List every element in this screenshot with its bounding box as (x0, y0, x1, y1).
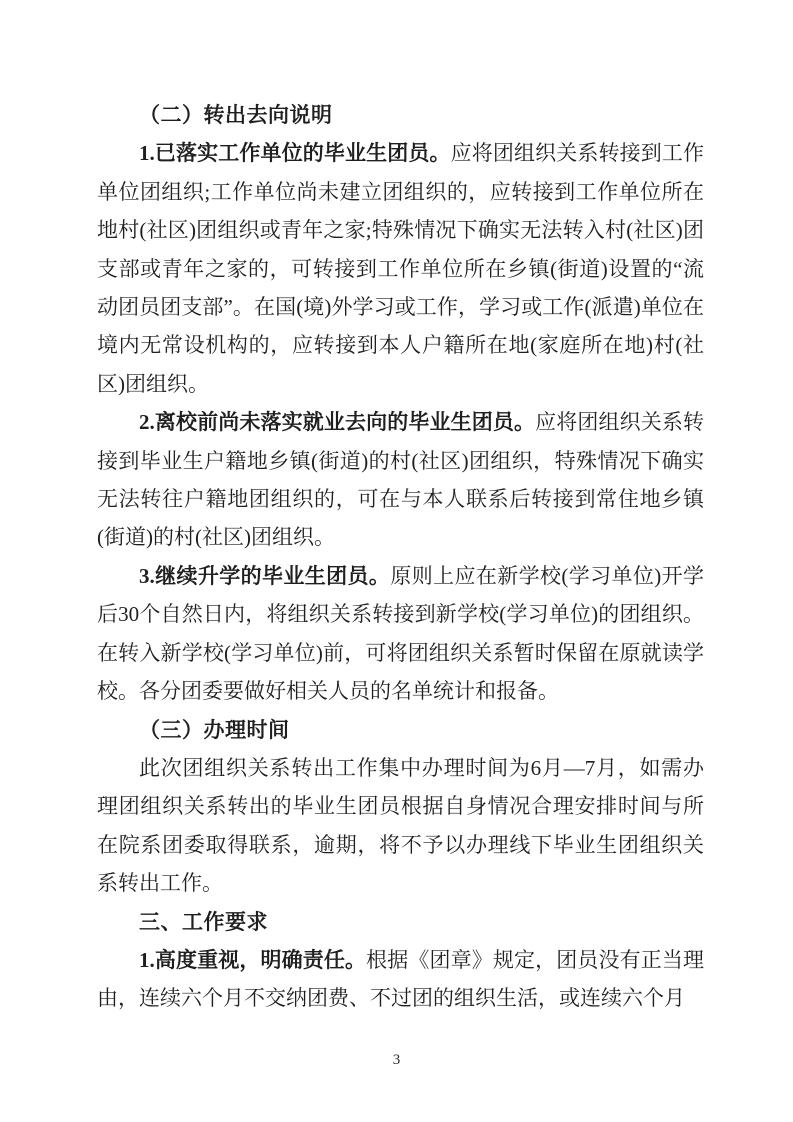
document-body: （二）转出去向说明1.已落实工作单位的毕业生团员。应将团组织关系转接到工作单位团… (97, 96, 704, 1018)
section-heading: （三）办理时间 (97, 711, 704, 749)
paragraph: 此次团组织关系转出工作集中办理时间为6月—7月，如需办理团组织关系转出的毕业生团… (97, 749, 704, 903)
document-page: （二）转出去向说明1.已落实工作单位的毕业生团员。应将团组织关系转接到工作单位团… (0, 0, 793, 1122)
section-heading: 三、工作要求 (97, 903, 704, 941)
paragraph-text: 应将团组织关系转接到工作单位团组织;工作单位尚未建立团组织的，应转接到工作单位所… (97, 141, 704, 395)
section-heading: （二）转出去向说明 (97, 96, 704, 134)
paragraph: 1.已落实工作单位的毕业生团员。应将团组织关系转接到工作单位团组织;工作单位尚未… (97, 134, 704, 403)
paragraph: 2.离校前尚未落实就业去向的毕业生团员。应将团组织关系转接到毕业生户籍地乡镇(街… (97, 403, 704, 557)
paragraph-lead: 3.继续升学的毕业生团员。 (139, 564, 390, 588)
paragraph-lead: 1.高度重视，明确责任。 (139, 948, 366, 972)
paragraph-text: 此次团组织关系转出工作集中办理时间为6月—7月，如需办理团组织关系转出的毕业生团… (97, 756, 704, 895)
paragraph-lead: 2.离校前尚未落实就业去向的毕业生团员。 (139, 410, 535, 434)
page-number: 3 (0, 1048, 793, 1072)
paragraph-lead: 1.已落实工作单位的毕业生团员。 (139, 141, 451, 165)
paragraph: 1.高度重视，明确责任。根据《团章》规定，团员没有正当理由，连续六个月不交纳团费… (97, 941, 704, 1018)
paragraph: 3.继续升学的毕业生团员。原则上应在新学校(学习单位)开学后30个自然日内，将组… (97, 557, 704, 711)
